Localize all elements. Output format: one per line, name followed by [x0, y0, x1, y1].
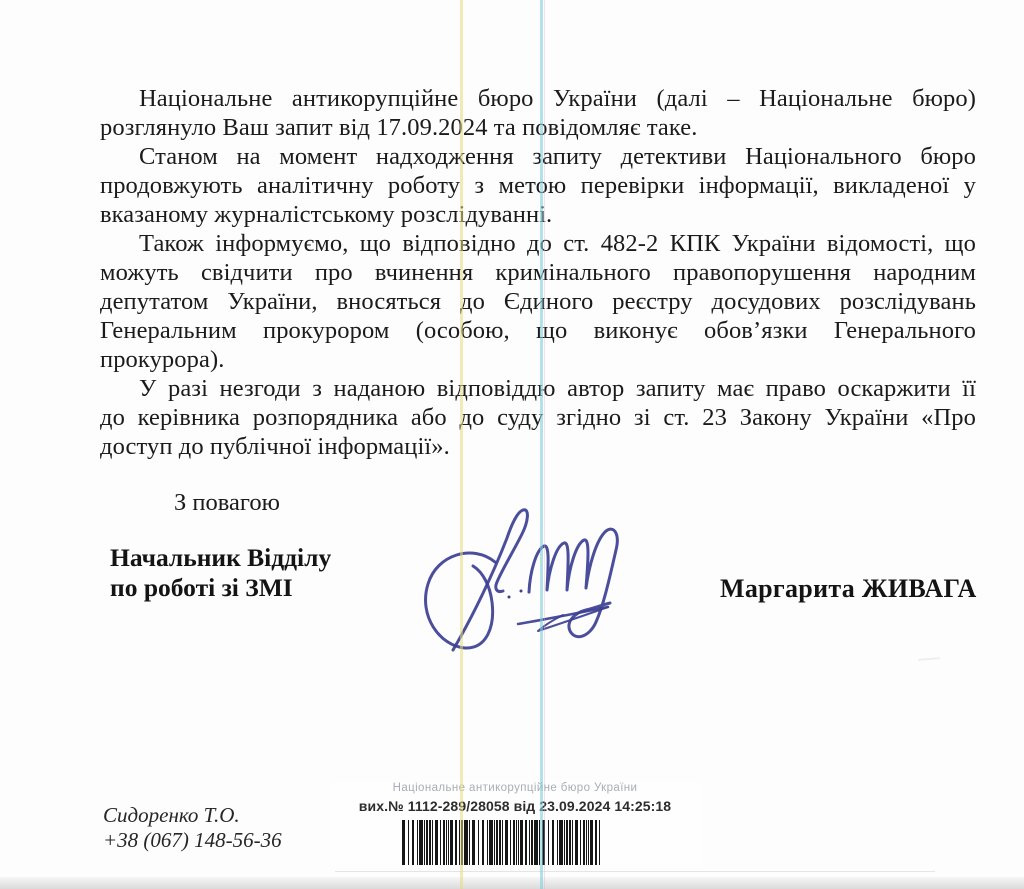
page-edge-strip	[0, 877, 1024, 889]
body-paragraph-3-line-1: Також інформуємо, що відповідно до ст. 4…	[100, 229, 976, 258]
body-paragraph-2-line-2: продовжують аналітичну роботу з метою пе…	[100, 171, 976, 200]
body-paragraph-3-line-4: Генеральним прокурором (особою, що викон…	[100, 316, 976, 345]
body-paragraph-3-line-2: можуть свідчити про вчинення кримінально…	[100, 258, 976, 287]
body-paragraph-4-line-1: У разі незгоди з наданою відповіддю авто…	[100, 374, 976, 403]
body-paragraph-2-line-3: вказаному журналістському розслідуванні.	[100, 200, 976, 229]
letter-body: Національне антикорупційне бюро України …	[100, 84, 976, 461]
scan-smudge	[918, 657, 940, 661]
barcode	[402, 820, 607, 865]
signer-position: Начальник Відділу по роботі зі ЗМІ	[110, 543, 331, 603]
stamp-org-name: Національне антикорупційне бюро України	[330, 782, 700, 795]
stamp-reg-number: вих.№ 1112-289/28058 від 23.09.2024 14:2…	[330, 798, 700, 815]
body-paragraph-4-line-2: до керівника розпорядника або до суду зг…	[100, 403, 976, 432]
signer-position-line1: Начальник Відділу	[110, 543, 331, 573]
body-paragraph-3-line-5: прокурора).	[100, 345, 976, 374]
document-page: Національне антикорупційне бюро України …	[0, 0, 1024, 889]
executor-phone: +38 (067) 148-56-36	[103, 828, 282, 853]
signer-position-line2: по роботі зі ЗМІ	[110, 573, 331, 603]
executor-name: Сидоренко Т.О.	[103, 803, 282, 828]
signer-name: Маргарита ЖИВАГА	[720, 574, 977, 604]
body-paragraph-1-line-1: Національне антикорупційне бюро України …	[100, 84, 976, 113]
body-paragraph-3-line-3: депутатом України, вносяться до Єдиного …	[100, 287, 976, 316]
body-paragraph-2-line-1: Станом на момент надходження запиту дете…	[100, 142, 976, 171]
registration-stamp: Національне антикорупційне бюро України …	[330, 782, 700, 865]
body-paragraph-1-line-2: розглянуло Ваш запит від 17.09.2024 та п…	[100, 113, 976, 142]
handwritten-signature	[395, 498, 635, 663]
executor-contact: Сидоренко Т.О. +38 (067) 148-56-36	[103, 803, 282, 853]
closing-salutation: З повагою	[174, 489, 280, 517]
body-paragraph-4-line-3: доступ до публічної інформації».	[100, 432, 976, 461]
paper-crease	[335, 871, 935, 872]
